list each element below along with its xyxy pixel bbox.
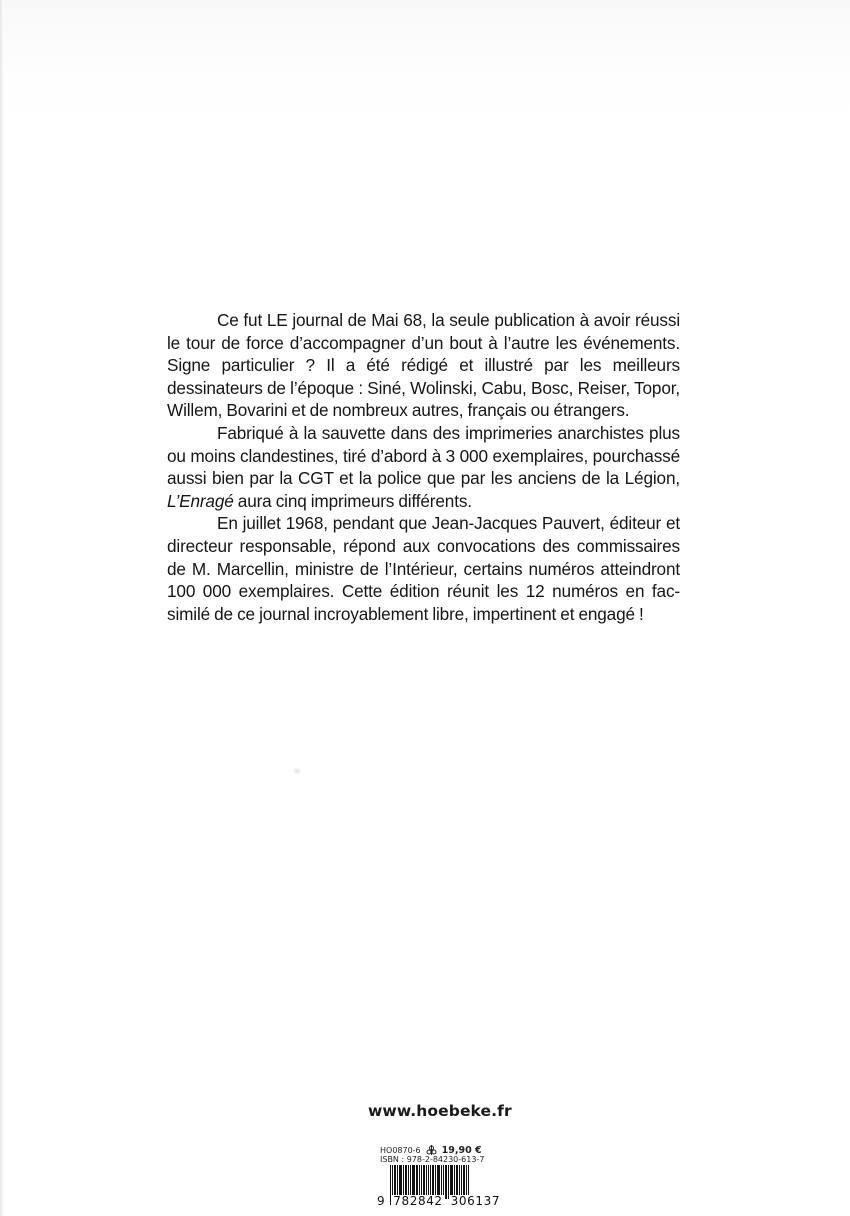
back-cover-blurb: Ce fut LE journal de Mai 68, la seule pu… [167,309,680,625]
barcode-digits: 9 782842 306137 [376,1195,501,1208]
barcode-digit-lead: 9 [376,1195,386,1208]
paper-speck [292,768,302,774]
price-label: 19,90 € [442,1146,482,1155]
barcode-digits-right: 306137 [450,1195,501,1208]
blurb-paragraph-1: Ce fut LE journal de Mai 68, la seule pu… [167,309,680,422]
paragraph-2-text-start: Fabriqué à la sauvette dans des imprimer… [167,423,680,488]
page-edge [0,0,4,1216]
barcode-digits-left: 782842 [392,1195,443,1208]
blurb-paragraph-2: Fabriqué à la sauvette dans des imprimer… [167,422,680,512]
publisher-website-link[interactable]: www.hoebeke.fr [368,1102,512,1120]
product-code: HO0870-6 [380,1146,421,1155]
publisher-logo-icon [426,1145,437,1155]
price-row: HO0870-6 19,90 € [380,1145,510,1155]
price-block: HO0870-6 19,90 € ISBN : 978-2-84230-613-… [380,1145,510,1164]
isbn-label: ISBN : 978-2-84230-613-7 [380,1155,510,1164]
blurb-paragraph-3: En juillet 1968, pendant que Jean-Jacque… [167,512,680,625]
journal-title-italic: L’Enragé [167,491,234,511]
paragraph-2-text-end: aura cinq imprimeurs différents. [234,491,472,511]
